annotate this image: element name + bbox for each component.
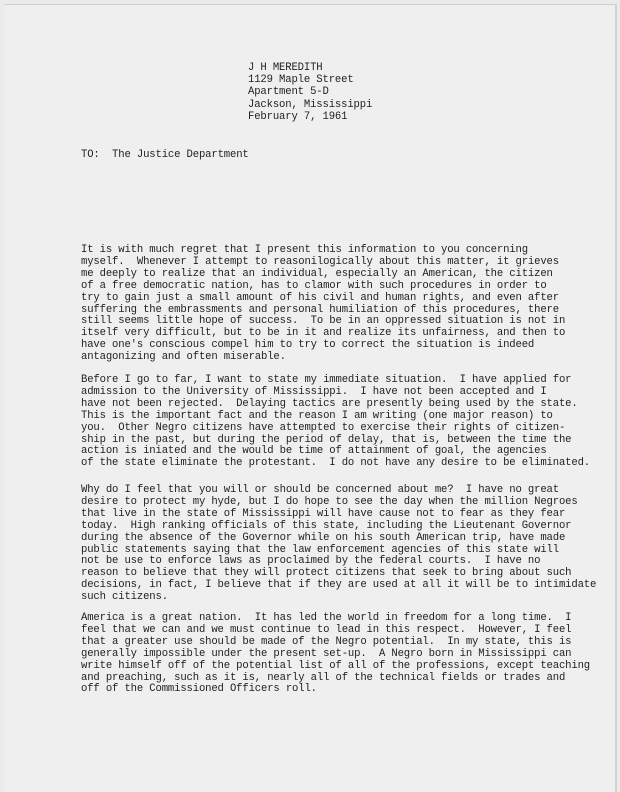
text-line: me deeply to realize that an individual,…: [81, 269, 565, 281]
text-line: that a greater use should be made of the…: [81, 637, 590, 649]
sender-address-block: J H MEREDITH1129 Maple StreetApartment 5…: [248, 62, 372, 123]
sender-street: 1129 Maple Street: [248, 74, 372, 86]
text-line: have not been rejected. Delaying tactics…: [81, 399, 590, 411]
sender-name: J H MEREDITH: [248, 62, 372, 74]
text-line: off of the Commissioned Officers roll.: [81, 684, 590, 696]
letter-page: J H MEREDITH1129 Maple StreetApartment 5…: [4, 4, 617, 792]
paragraph-4: America is a great nation. It has led th…: [81, 613, 590, 696]
text-line: of the state eliminate the protestant. I…: [81, 458, 590, 470]
text-line: try to gain just a small amount of his c…: [81, 293, 565, 305]
letter-date: February 7, 1961: [248, 111, 372, 123]
sender-city-state: Jackson, Mississippi: [248, 99, 372, 111]
recipient: The Justice Department: [112, 149, 249, 161]
text-line: today. High ranking officials of this st…: [81, 521, 596, 533]
text-line: This is the important fact and the reaso…: [81, 411, 590, 423]
text-line: during the absence of the Governor while…: [81, 533, 596, 545]
paragraph-3: Why do I feel that you will or should be…: [81, 485, 596, 604]
recipient-line: TO: The Justice Department: [81, 150, 249, 162]
to-label: TO:: [81, 149, 100, 161]
text-line: of a free democratic nation, has to clam…: [81, 281, 565, 293]
text-line: such citizens.: [81, 592, 596, 604]
text-line: you. Other Negro citizens have attempted…: [81, 423, 590, 435]
paragraph-2: Before I go to far, I want to state my i…: [81, 375, 590, 470]
text-line: that live in the state of Mississippi wi…: [81, 509, 596, 521]
text-line: antagonizing and often miserable.: [81, 352, 565, 364]
text-line: generally impossible under the present s…: [81, 649, 590, 661]
paragraph-1: It is with much regret that I present th…: [81, 245, 565, 364]
text-line: write himself off of the potential list …: [81, 661, 590, 673]
sender-apartment: Apartment 5-D: [248, 86, 372, 98]
